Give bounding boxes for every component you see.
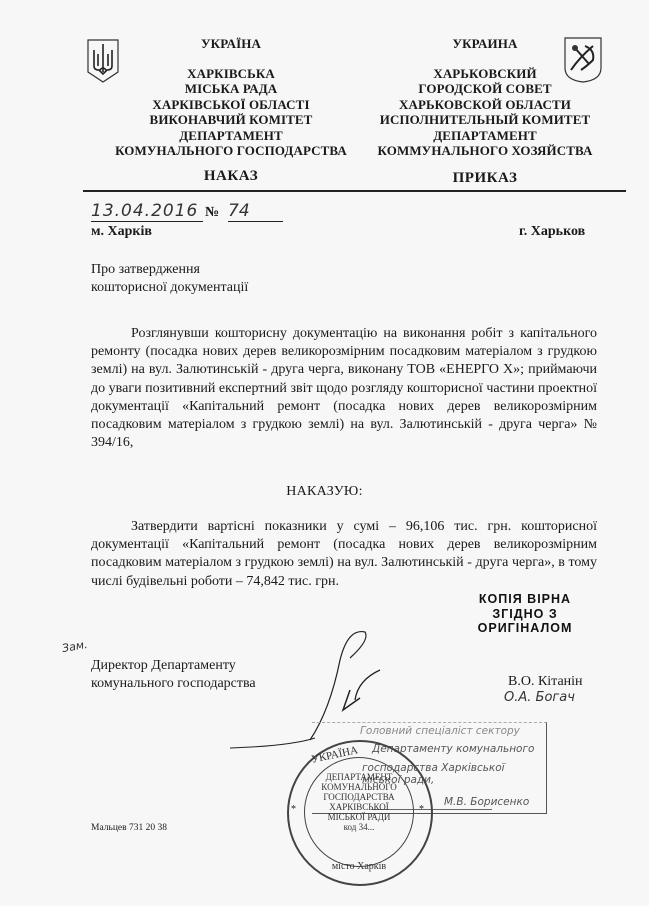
order-paragraph: Затвердити вартісні показники у сумі – 9… [91,518,597,591]
subject: Про затвердження кошторисної документаці… [91,261,248,297]
org-line: КОМУНАЛЬНОГО ГОСПОДАРСТВА [100,143,362,159]
subject-line: Про затвердження [91,261,248,279]
copy-certified-stamp: КОПІЯ ВІРНА ЗГІДНО З ОРИГІНАЛОМ [460,592,590,636]
handwritten-name: О.А. Богач [504,690,575,705]
stamp-line: ОРИГІНАЛОМ [460,621,590,636]
cert-signer: М.В. Борисенко [444,796,529,808]
city-ru: г. Харьков [519,224,585,240]
executor-info: Мальцев 731 20 38 [91,823,167,833]
order-heading: НАКАЗУЮ: [0,484,649,500]
country-ua: УКРАЇНА [100,36,362,52]
handwritten-annotation: Зам. [61,638,88,655]
org-line: ХАРКІВСЬКОЇ ОБЛАСТІ [100,97,362,113]
seal-star-icon: * [291,804,296,815]
org-line: ХАРКІВСЬКА [100,66,362,82]
number-label: № [205,205,219,221]
doc-type-ru: ПРИКАЗ [365,170,605,187]
stamp-line: ЗГІДНО З [460,607,590,622]
city-ua: м. Харків [91,224,152,240]
org-line: ХАРЬКОВСКОЙ ОБЛАСТИ [365,97,605,113]
official-seal: УКРАЇНА ДЕПАРТАМЕНТ КОМУНАЛЬНОГО ГОСПОДА… [287,740,433,886]
org-line: ХАРЬКОВСКИЙ [365,66,605,82]
org-line: ГОРОДСКОЙ СОВЕТ [365,81,605,97]
signatory-name: В.О. Кітанін [508,674,583,690]
org-line: ВИКОНАВЧИЙ КОМІТЕТ [100,112,362,128]
seal-center-text: ДЕПАРТАМЕНТ КОМУНАЛЬНОГО ГОСПОДАРСТВА ХА… [309,772,409,832]
seal-star-icon: * [419,804,424,815]
header-right: УКРАИНА ХАРЬКОВСКИЙ ГОРОДСКОЙ СОВЕТ ХАРЬ… [365,36,605,159]
title-line: комунального господарства [91,675,256,693]
header-left: УКРАЇНА ХАРКІВСЬКА МІСЬКА РАДА ХАРКІВСЬК… [100,36,362,159]
title-line: Директор Департаменту [91,657,256,675]
doc-type-ua: НАКАЗ [100,168,362,185]
cert-line: Головний спеціаліст сектору [360,725,520,737]
header-divider [83,190,626,192]
seal-bottom-text: місто Харків [324,862,394,872]
signatory-title: Директор Департаменту комунального госпо… [91,657,256,693]
org-line: КОММУНАЛЬНОГО ХОЗЯЙСТВА [365,143,605,159]
org-line: МІСЬКА РАДА [100,81,362,97]
stamp-line: КОПІЯ ВІРНА [460,592,590,607]
org-line: ДЕПАРТАМЕНТ [100,128,362,144]
org-line: ИСПОЛНИТЕЛЬНЫЙ КОМИТЕТ [365,112,605,128]
doc-number: 74 [228,201,283,222]
country-ru: УКРАИНА [365,36,605,52]
preamble-paragraph: Розглянувши кошторисну документацію на в… [91,325,597,452]
org-line: ДЕПАРТАМЕНТ [365,128,605,144]
doc-date: 13.04.2016 [91,201,203,222]
subject-line: кошторисної документації [91,279,248,297]
